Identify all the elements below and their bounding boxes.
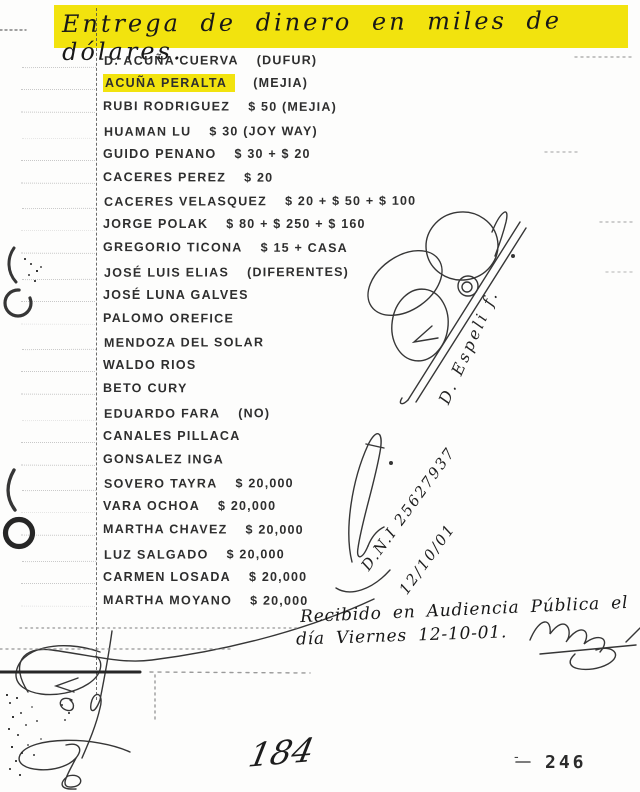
entry-detail: (DIFERENTES): [247, 264, 349, 278]
entry-name: VARA OCHOA: [103, 499, 200, 513]
entry-detail: $ 50 (MEJIA): [248, 99, 337, 113]
entry-name: MENDOZA DEL SOLAR: [104, 335, 264, 350]
entry-name: JORGE POLAK: [103, 217, 208, 231]
entry-name: JOSÉ LUNA GALVES: [103, 288, 249, 302]
entry-name: MARTHA CHAVEZ: [103, 522, 228, 537]
entry-name: CACERES VELASQUEZ: [104, 194, 267, 209]
entry-name: ACUÑA PERALTA: [103, 74, 235, 92]
list-row: JORGE POLAK$ 80 + $ 250 + $ 160: [103, 213, 573, 237]
entry-detail: $ 20,000: [236, 476, 294, 490]
list-row: GREGORIO TICONA$ 15 + CASA: [103, 235, 573, 261]
ruled-margin-line: [96, 8, 97, 700]
list-row: BETO CURY: [103, 376, 573, 402]
hole-punches: [5, 248, 33, 547]
entry-detail: (MEJIA): [253, 76, 308, 90]
handwritten-page-number: 184: [245, 730, 317, 774]
list-row: ACUÑA PERALTA(MEJIA): [103, 72, 573, 96]
scanned-document-page: Entrega de dinero en miles de dólares. D…: [0, 0, 640, 792]
entry-name: EDUARDO FARA: [104, 406, 220, 420]
list-row: D. ACUÑA CUERVA(DUFUR): [104, 47, 574, 72]
entry-detail: $ 20,000: [250, 593, 308, 607]
list-row: RUBI RODRIGUEZ$ 50 (MEJIA): [103, 94, 573, 120]
entry-name: CACERES PEREZ: [103, 169, 226, 184]
entry-detail: $ 30 (JOY WAY): [209, 123, 318, 137]
list-row: CACERES VELASQUEZ$ 20 + $ 50 + $ 100: [104, 188, 574, 213]
received-note-line2: día Viernes 12-10-01.: [296, 622, 508, 649]
bottom-left-scrawl: [16, 599, 374, 789]
list-row: GUIDO PENANO$ 30 + $ 20: [103, 142, 573, 166]
stamped-page-number: 246: [545, 752, 587, 773]
scan-speckle-noise: [6, 694, 8, 696]
entry-detail: (DUFUR): [257, 53, 318, 67]
entry-name: GONSALEZ INGA: [103, 451, 224, 466]
entry-name: RUBI RODRIGUEZ: [103, 99, 230, 114]
entry-detail: $ 20,000: [227, 546, 285, 560]
entry-detail: $ 15 + CASA: [261, 240, 348, 254]
list-row: WALDO RIOS: [103, 354, 573, 378]
list-row: MENDOZA DEL SOLAR: [104, 329, 574, 354]
entry-name: PALOMO OREFICE: [103, 310, 234, 325]
list-row: SOVERO TAYRA$ 20,000: [104, 470, 574, 495]
list-row: JOSÉ LUIS ELIAS(DIFERENTES): [104, 259, 574, 284]
list-row: VARA OCHOA$ 20,000: [103, 495, 573, 519]
entry-detail: $ 20: [244, 170, 273, 184]
stamp-dash: -: [514, 748, 519, 764]
entry-detail: (NO): [238, 405, 270, 419]
list-row: CANALES PILLACA: [103, 424, 573, 448]
entry-name: WALDO RIOS: [103, 358, 197, 372]
list-row: PALOMO OREFICE: [103, 305, 573, 331]
entry-list: D. ACUÑA CUERVA(DUFUR)ACUÑA PERALTA(MEJI…: [103, 48, 573, 612]
list-row: HUAMAN LU$ 30 (JOY WAY): [104, 118, 574, 143]
entry-detail: $ 80 + $ 250 + $ 160: [226, 217, 365, 231]
list-row: EDUARDO FARA(NO): [104, 400, 574, 425]
received-note-signature: [530, 622, 640, 669]
entry-name: CANALES PILLACA: [103, 429, 241, 443]
entry-name: D. ACUÑA CUERVA: [104, 53, 239, 67]
list-row: CARMEN LOSADA$ 20,000: [103, 565, 573, 589]
entry-name: BETO CURY: [103, 381, 188, 395]
entry-name: HUAMAN LU: [104, 124, 191, 138]
scan-speckle-noise-small: [24, 258, 26, 260]
list-row: CACERES PEREZ$ 20: [103, 164, 573, 190]
list-row: LUZ SALGADO$ 20,000: [104, 541, 574, 566]
entry-name: JOSÉ LUIS ELIAS: [104, 265, 229, 279]
entry-name: LUZ SALGADO: [104, 547, 209, 561]
list-row: GONSALEZ INGA: [103, 446, 573, 472]
entry-detail: $ 20,000: [218, 499, 276, 513]
entry-name: GUIDO PENANO: [103, 147, 217, 161]
entry-detail: $ 30 + $ 20: [235, 147, 311, 161]
list-row: JOSÉ LUNA GALVES: [103, 283, 573, 307]
entry-detail: $ 20,000: [246, 522, 304, 536]
entry-name: SOVERO TAYRA: [104, 476, 218, 490]
entry-name: CARMEN LOSADA: [103, 570, 231, 584]
list-row: MARTHA CHAVEZ$ 20,000: [103, 517, 573, 543]
entry-detail: $ 20,000: [249, 570, 307, 584]
entry-detail: $ 20 + $ 50 + $ 100: [285, 193, 416, 207]
entry-name: GREGORIO TICONA: [103, 240, 243, 255]
entry-name: MARTHA MOYANO: [103, 592, 232, 607]
